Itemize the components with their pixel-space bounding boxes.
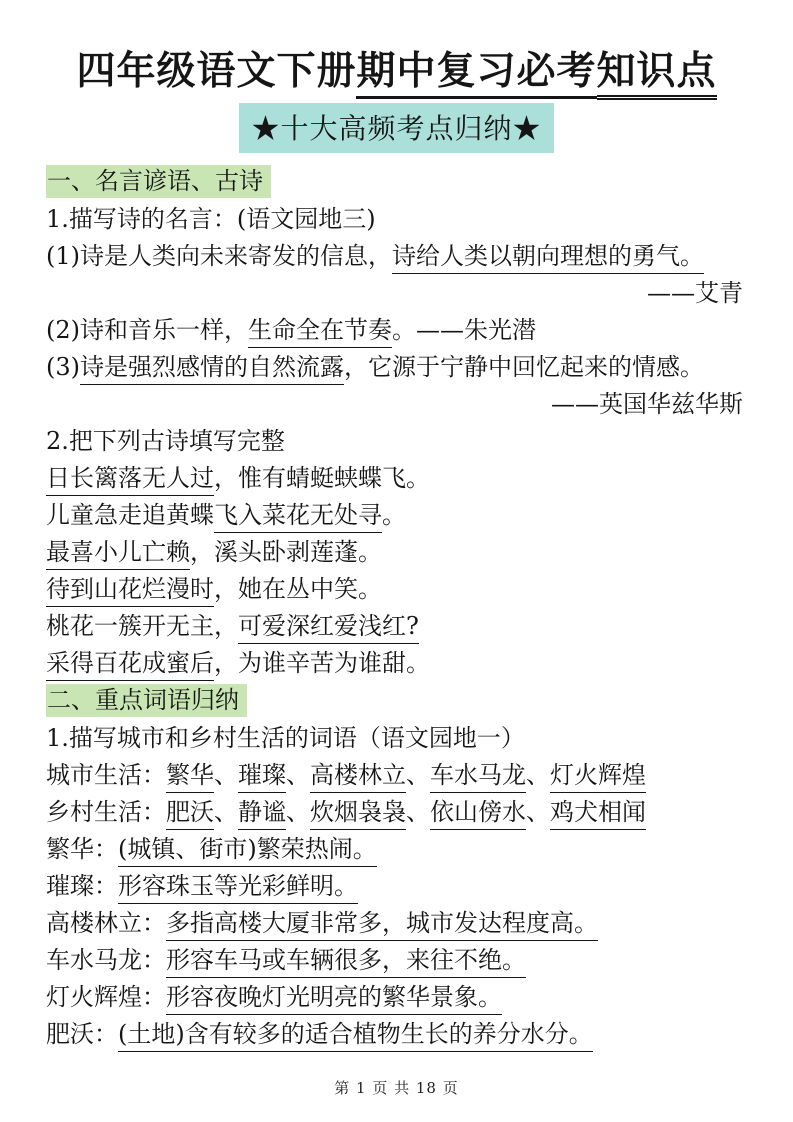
- text-segment: 高楼林立：: [46, 909, 166, 937]
- text-segment: ，它源于宁静中回忆起来的情感。: [344, 353, 704, 381]
- text-segment: ，惟有蜻蜓蛱蝶飞。: [214, 464, 430, 492]
- text-segment: 桃花一簇开无主，: [46, 612, 238, 640]
- text-line: (1)诗是人类向未来寄发的信息，诗给人类以朝向理想的勇气。: [46, 238, 747, 275]
- text-line: 1.描写城市和乡村生活的词语（语文园地一）: [46, 720, 747, 757]
- text-segment: 、: [406, 798, 430, 826]
- text-line: 璀璨：形容珠玉等光彩鲜明。: [46, 868, 747, 905]
- text-line: 灯火辉煌：形容夜晚灯光明亮的繁华景象。: [46, 979, 747, 1016]
- text-segment: 。: [382, 501, 406, 529]
- underlined-text: 最喜小儿亡赖: [46, 538, 190, 570]
- title-plain: 四年级语文下册: [76, 48, 356, 94]
- underlined-text: 日长篱落无人过: [46, 464, 214, 496]
- text-segment: 灯火辉煌：: [46, 983, 166, 1011]
- underlined-text: 可爱深红爱浅红?: [238, 612, 419, 644]
- underlined-text: 多指高楼大厦非常多，城市发达程度高。: [166, 909, 598, 941]
- underlined-text: 诗给人类以朝向理想的勇气。: [392, 242, 704, 274]
- text-line: ——艾青: [46, 275, 747, 312]
- text-line: 1.描写诗的名言：(语文园地三): [46, 201, 747, 238]
- underlined-text: 鸡犬相闻: [550, 798, 646, 830]
- text-line: 车水马龙：形容车马或车辆很多，来往不绝。: [46, 942, 747, 979]
- underlined-text: 炊烟袅袅: [310, 798, 406, 830]
- text-segment: 车水马龙：: [46, 946, 166, 974]
- text-line: 乡村生活：肥沃、静谧、炊烟袅袅、依山傍水、鸡犬相闻: [46, 794, 747, 831]
- section-heading-highlight: 一、名言谚语、古诗: [46, 165, 271, 198]
- underlined-text: 静谧: [238, 798, 286, 830]
- text-segment: 儿童急走追黄蝶: [46, 501, 214, 529]
- text-segment: 、: [214, 798, 238, 826]
- text-line: 日长篱落无人过，惟有蜻蜓蛱蝶飞。: [46, 460, 747, 497]
- text-segment: (3): [46, 353, 80, 381]
- underlined-text: 璀璨: [238, 761, 286, 793]
- text-segment: 1.描写诗的名言：(语文园地三): [46, 205, 376, 233]
- document-body: 一、名言谚语、古诗1.描写诗的名言：(语文园地三)(1)诗是人类向未来寄发的信息…: [46, 163, 747, 1053]
- text-segment: 、: [286, 798, 310, 826]
- text-segment: (1)诗是人类向未来寄发的信息，: [46, 242, 392, 270]
- text-segment: (2)诗和音乐一样，: [46, 316, 248, 344]
- underlined-text: 车水马龙: [430, 761, 526, 793]
- text-line: (2)诗和音乐一样，生命全在节奏。——朱光潜: [46, 312, 747, 349]
- text-line: 待到山花烂漫时，她在丛中笑。: [46, 571, 747, 608]
- underlined-text: 依山傍水: [430, 798, 526, 830]
- text-line: ——英国华兹华斯: [46, 386, 747, 423]
- text-segment: 2.把下列古诗填写完整: [46, 427, 285, 455]
- text-segment: 一、名言谚语、古诗: [47, 167, 263, 195]
- text-segment: 肥沃：: [46, 1020, 118, 1048]
- underlined-text: 生命全在节奏: [248, 316, 392, 348]
- underlined-text: 灯火辉煌: [550, 761, 646, 793]
- section-heading: 二、重点词语归纳: [46, 682, 747, 720]
- text-segment: 、: [406, 761, 430, 789]
- text-segment: 、: [526, 798, 550, 826]
- page-title: 四年级语文下册期中复习必考知识点: [46, 40, 747, 96]
- text-line: 儿童急走追黄蝶飞入菜花无处寻。: [46, 497, 747, 534]
- text-segment: 、: [526, 761, 550, 789]
- underlined-text: 飞入菜花无处寻: [214, 501, 382, 533]
- text-segment: 、: [214, 761, 238, 789]
- text-segment: 繁华：: [46, 835, 118, 863]
- text-segment: 乡村生活：: [46, 798, 166, 826]
- text-segment: ，为谁辛苦为谁甜。: [214, 649, 430, 677]
- underlined-text: 诗是强烈感情的自然流露: [80, 353, 344, 385]
- underlined-text: (土地)含有较多的适合植物生长的养分水分。: [118, 1020, 593, 1052]
- text-segment: ——艾青: [647, 279, 743, 307]
- underlined-text: 形容夜晚灯光明亮的繁华景象。: [166, 983, 502, 1015]
- underlined-text: 高楼林立: [310, 761, 406, 793]
- text-line: 最喜小儿亡赖，溪头卧剥莲蓬。: [46, 534, 747, 571]
- subtitle-row: ★十大高频考点归纳★: [46, 103, 747, 153]
- text-line: (3)诗是强烈感情的自然流露，它源于宁静中回忆起来的情感。: [46, 349, 747, 386]
- section-heading-highlight: 二、重点词语归纳: [46, 684, 247, 717]
- underlined-text: 肥沃: [166, 798, 214, 830]
- document-content: 四年级语文下册期中复习必考知识点 ★十大高频考点归纳★ 一、名言谚语、古诗1.描…: [0, 0, 793, 1053]
- text-line: 繁华：(城镇、街市)繁荣热闹。: [46, 831, 747, 868]
- text-line: 高楼林立：多指高楼大厦非常多，城市发达程度高。: [46, 905, 747, 942]
- text-line: 桃花一簇开无主，可爱深红爱浅红?: [46, 608, 747, 645]
- text-segment: 璀璨：: [46, 872, 118, 900]
- underlined-text: 采得百花成蜜后: [46, 649, 214, 681]
- text-segment: 。——朱光潜: [392, 316, 536, 344]
- text-segment: 1.描写城市和乡村生活的词语（语文园地一）: [46, 724, 525, 752]
- underlined-text: (城镇、街市)繁荣热闹。: [118, 835, 377, 867]
- underlined-text: 待到山花烂漫时: [46, 575, 214, 607]
- underlined-text: 形容车马或车辆很多，来往不绝。: [166, 946, 526, 978]
- text-segment: 城市生活：: [46, 761, 166, 789]
- underlined-text: 繁华: [166, 761, 214, 793]
- text-segment: 、: [286, 761, 310, 789]
- text-line: 城市生活：繁华、璀璨、高楼林立、车水马龙、灯火辉煌: [46, 757, 747, 794]
- section-heading: 一、名言谚语、古诗: [46, 163, 747, 201]
- text-segment: 二、重点词语归纳: [47, 686, 239, 714]
- underlined-text: 形容珠玉等光彩鲜明。: [118, 872, 358, 904]
- subtitle-highlight: ★十大高频考点归纳★: [239, 103, 553, 153]
- text-segment: ——英国华兹华斯: [551, 390, 743, 418]
- page-footer: 第 1 页 共 18 页: [0, 1077, 793, 1098]
- document-page: 四年级语文下册期中复习必考知识点 ★十大高频考点归纳★ 一、名言谚语、古诗1.描…: [0, 0, 793, 1122]
- text-line: 2.把下列古诗填写完整: [46, 423, 747, 460]
- title-underline-single: 期中复习必考: [356, 48, 596, 99]
- title-underline-double: 知识点: [597, 48, 717, 100]
- text-line: 采得百花成蜜后，为谁辛苦为谁甜。: [46, 645, 747, 682]
- text-segment: ，她在丛中笑。: [214, 575, 382, 603]
- text-segment: ，溪头卧剥莲蓬。: [190, 538, 382, 566]
- text-line: 肥沃：(土地)含有较多的适合植物生长的养分水分。: [46, 1016, 747, 1053]
